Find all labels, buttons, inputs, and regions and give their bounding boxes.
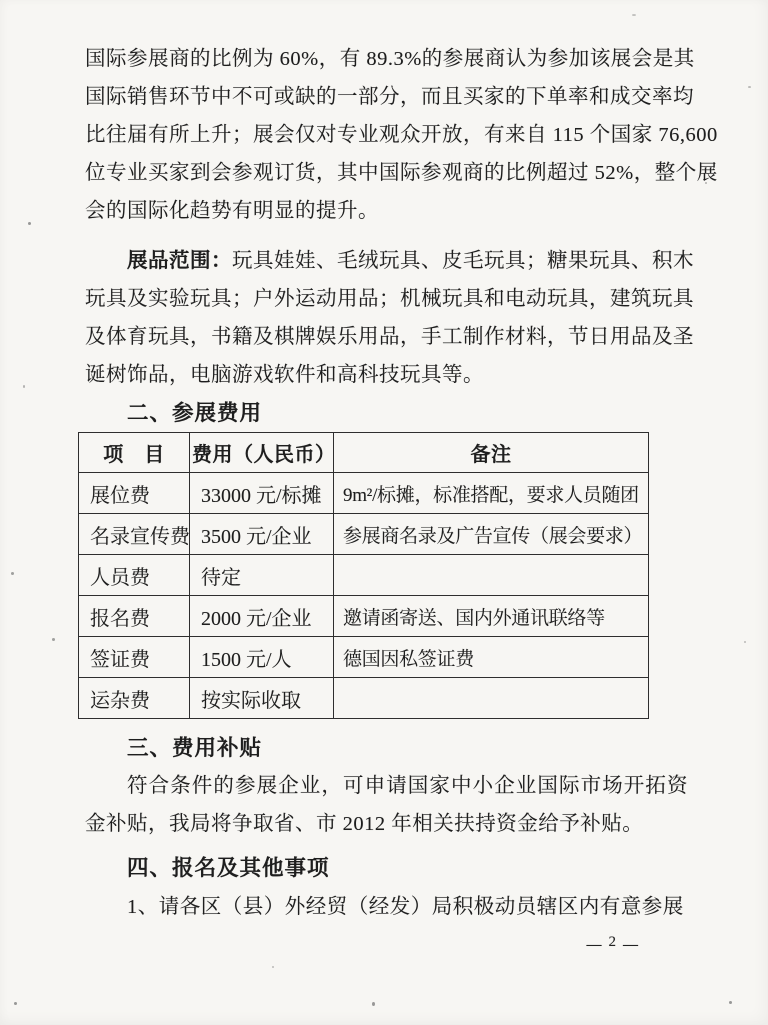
col-header-fee: 费用（人民币） bbox=[190, 433, 334, 473]
intro-paragraph: 国际参展商的比例为 60%，有 89.3%的参展商认为参加该展会是其 国际销售环… bbox=[85, 40, 688, 230]
col-header-note: 备注 bbox=[334, 433, 649, 473]
scan-speckle bbox=[28, 222, 31, 225]
text-line: 比往届有所上升；展会仅对专业观众开放，有来自 115 个国家 76,600 bbox=[85, 116, 688, 154]
table-row: 签证费 1500 元/人 德国因私签证费 bbox=[79, 637, 649, 678]
page-number-value: 2 bbox=[609, 934, 617, 951]
text-line: 1、请各区（县）外经贸（经发）局积极动员辖区内有意参展 bbox=[85, 888, 688, 926]
cell-note: 参展商名录及广告宣传（展会要求） bbox=[334, 514, 649, 555]
cell-note: 德国因私签证费 bbox=[334, 637, 649, 678]
subsidy-paragraph: 符合条件的参展企业，可申请国家中小企业国际市场开拓资 金补贴，我局将争取省、市 … bbox=[85, 767, 688, 843]
page-number: —2— bbox=[85, 934, 688, 958]
scan-speckle bbox=[272, 966, 274, 968]
cell-note: 邀请函寄送、国内外通讯联络等 bbox=[334, 596, 649, 637]
text-line: 展品范围：玩具娃娃、毛绒玩具、皮毛玩具；糖果玩具、积木 bbox=[85, 242, 688, 280]
text-line: 玩具及实验玩具；户外运动用品；机械玩具和电动玩具，建筑玩具 bbox=[85, 280, 688, 318]
cell-fee: 按实际收取 bbox=[190, 678, 334, 719]
registration-paragraph: 1、请各区（县）外经贸（经发）局积极动员辖区内有意参展 bbox=[85, 888, 688, 926]
scan-speckle bbox=[744, 641, 746, 643]
text-line: 诞树饰品，电脑游戏软件和高科技玩具等。 bbox=[85, 356, 688, 394]
scanned-document-page: 国际参展商的比例为 60%，有 89.3%的参展商认为参加该展会是其 国际销售环… bbox=[0, 0, 768, 1025]
exhibit-scope-paragraph: 展品范围：玩具娃娃、毛绒玩具、皮毛玩具；糖果玩具、积木 玩具及实验玩具；户外运动… bbox=[85, 242, 688, 394]
scan-speckle bbox=[748, 86, 751, 88]
cell-item: 签证费 bbox=[79, 637, 190, 678]
cell-fee: 33000 元/标摊 bbox=[190, 473, 334, 514]
table-row: 人员费 待定 bbox=[79, 555, 649, 596]
cell-item: 展位费 bbox=[79, 473, 190, 514]
table-row: 运杂费 按实际收取 bbox=[79, 678, 649, 719]
cell-note: 9m²/标摊，标准搭配，要求人员随团 bbox=[334, 473, 649, 514]
table-row: 报名费 2000 元/企业 邀请函寄送、国内外通讯联络等 bbox=[79, 596, 649, 637]
document-content: 国际参展商的比例为 60%，有 89.3%的参展商认为参加该展会是其 国际销售环… bbox=[0, 0, 768, 958]
text-line: 符合条件的参展企业，可申请国家中小企业国际市场开拓资 bbox=[85, 767, 688, 805]
cell-note bbox=[334, 555, 649, 596]
section-heading-fees: 二、参展费用 bbox=[85, 394, 688, 432]
exhibit-scope-label: 展品范围： bbox=[127, 250, 232, 272]
text-line: 国际销售环节中不可或缺的一部分，而且买家的下单率和成交率均 bbox=[85, 78, 688, 116]
scan-speckle bbox=[11, 572, 14, 575]
text-line: 及体育玩具，书籍及棋牌娱乐用品，手工制作材料，节日用品及圣 bbox=[85, 318, 688, 356]
text-line: 金补贴，我局将争取省、市 2012 年相关扶持资金给予补贴。 bbox=[85, 805, 688, 843]
text-line: 会的国际化趋势有明显的提升。 bbox=[85, 192, 688, 230]
col-header-item: 项 目 bbox=[79, 433, 190, 473]
cell-item: 人员费 bbox=[79, 555, 190, 596]
cell-note bbox=[334, 678, 649, 719]
scan-speckle bbox=[52, 638, 55, 641]
section-heading-subsidy: 三、费用补贴 bbox=[85, 729, 688, 767]
table-row: 展位费 33000 元/标摊 9m²/标摊，标准搭配，要求人员随团 bbox=[79, 473, 649, 514]
scan-speckle bbox=[729, 1001, 732, 1004]
table-header-row: 项 目 费用（人民币） 备注 bbox=[79, 433, 649, 473]
page-number-dash: — bbox=[623, 937, 638, 954]
scan-speckle bbox=[23, 385, 25, 388]
cell-item: 报名费 bbox=[79, 596, 190, 637]
fee-table: 项 目 费用（人民币） 备注 展位费 33000 元/标摊 9m²/标摊，标准搭… bbox=[78, 432, 649, 719]
section-heading-registration: 四、报名及其他事项 bbox=[85, 849, 688, 887]
page-number-dash: — bbox=[587, 937, 602, 954]
cell-item: 运杂费 bbox=[79, 678, 190, 719]
cell-fee: 待定 bbox=[190, 555, 334, 596]
scan-speckle bbox=[372, 1002, 375, 1006]
exhibit-scope-first-line: 玩具娃娃、毛绒玩具、皮毛玩具；糖果玩具、积木 bbox=[232, 250, 694, 272]
scan-speckle bbox=[705, 182, 707, 184]
cell-fee: 2000 元/企业 bbox=[190, 596, 334, 637]
scan-speckle bbox=[632, 14, 636, 16]
cell-item: 名录宣传费 bbox=[79, 514, 190, 555]
text-line: 位专业买家到会参观订货，其中国际参观商的比例超过 52%，整个展 bbox=[85, 154, 688, 192]
cell-fee: 1500 元/人 bbox=[190, 637, 334, 678]
scan-speckle bbox=[14, 1002, 17, 1005]
cell-fee: 3500 元/企业 bbox=[190, 514, 334, 555]
text-line: 国际参展商的比例为 60%，有 89.3%的参展商认为参加该展会是其 bbox=[85, 40, 688, 78]
table-row: 名录宣传费 3500 元/企业 参展商名录及广告宣传（展会要求） bbox=[79, 514, 649, 555]
